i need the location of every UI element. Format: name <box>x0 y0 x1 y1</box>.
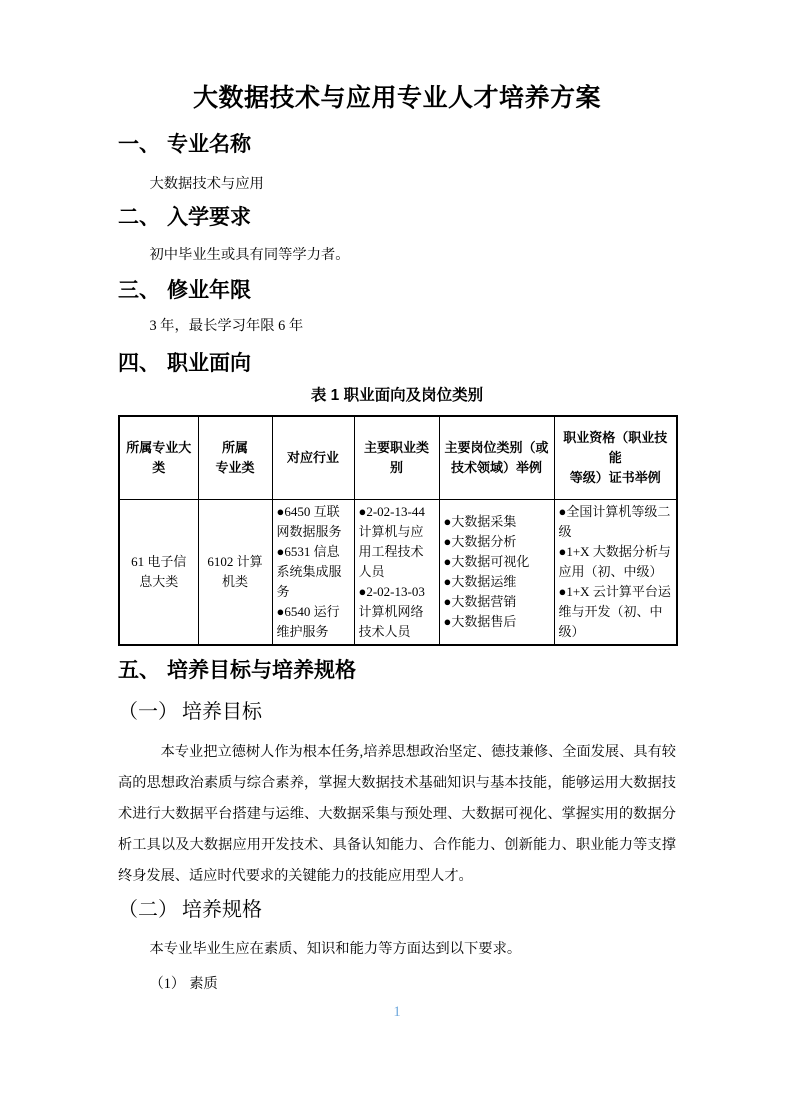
section-3-heading: 三、修业年限 <box>118 276 676 306</box>
column-header-major-class: 所属专业大 类 <box>119 416 198 499</box>
section-1-title: 专业名称 <box>167 133 251 156</box>
section-5-number: 五、 <box>118 659 160 682</box>
subsection-1-title: 培养目标 <box>182 701 262 723</box>
quality-item-heading: （1）素质 <box>118 974 676 994</box>
section-4-title: 职业面向 <box>167 352 251 375</box>
column-header-position: 主要岗位类别（或 技术领域）举例 <box>439 416 554 499</box>
section-2-heading: 二、入学要求 <box>118 203 676 233</box>
column-header-industry: 对应行业 <box>272 416 354 499</box>
cell-industries: ●6450 互联网数据服务 ●6531 信息系统集成服务 ●6540 运行维护服… <box>272 499 354 645</box>
major-name-text: 大数据技术与应用 <box>118 174 676 194</box>
subsection-2-heading: （二）培养规格 <box>118 896 676 924</box>
subsection-1-number: （一） <box>118 701 178 723</box>
cell-class: 6102 计算 机类 <box>198 499 272 645</box>
page-number: 1 <box>0 1003 794 1021</box>
document-page: 大数据技术与应用专业人才培养方案 一、专业名称 大数据技术与应用 二、入学要求 … <box>0 0 794 1108</box>
section-5-heading: 五、培养目标与培养规格 <box>118 656 676 686</box>
section-4-heading: 四、职业面向 <box>118 349 676 379</box>
section-2-title: 入学要求 <box>167 206 251 229</box>
section-1-heading: 一、专业名称 <box>118 130 676 160</box>
column-header-class: 所属 专业类 <box>198 416 272 499</box>
training-spec-intro-text: 本专业毕业生应在素质、知识和能力等方面达到以下要求。 <box>118 939 676 959</box>
column-header-occupation: 主要职业类 别 <box>354 416 439 499</box>
table-data-row: 61 电子信 息大类 6102 计算 机类 ●6450 互联网数据服务 ●653… <box>119 499 677 645</box>
subsection-2-title: 培养规格 <box>182 899 262 921</box>
section-1-number: 一、 <box>118 133 160 156</box>
study-years-text: 3 年，最长学习年限 6 年 <box>118 316 676 336</box>
cell-certificates: ●全国计算机等级二级 ●1+X 大数据分析与应用（初、中级） ●1+X 云计算平… <box>554 499 677 645</box>
doc-title: 大数据技术与应用专业人才培养方案 <box>118 0 676 114</box>
quality-item-number: （1） <box>149 976 185 992</box>
section-4-number: 四、 <box>118 352 160 375</box>
section-2-number: 二、 <box>118 206 160 229</box>
section-3-title: 修业年限 <box>167 279 251 302</box>
document-content: 大数据技术与应用专业人才培养方案 一、专业名称 大数据技术与应用 二、入学要求 … <box>0 0 794 994</box>
subsection-2-number: （二） <box>118 899 178 921</box>
cell-occupations: ●2-02-13-44 计算机与应用工程技术人员 ●2-02-13-03 计算机… <box>354 499 439 645</box>
column-header-certificate: 职业资格（职业技能 等级）证书举例 <box>554 416 677 499</box>
section-5-title: 培养目标与培养规格 <box>167 659 356 682</box>
admission-requirement-text: 初中毕业生或具有同等学力者。 <box>118 245 676 265</box>
section-3-number: 三、 <box>118 279 160 302</box>
table-header-row: 所属专业大 类 所属 专业类 对应行业 主要职业类 别 主要岗位类别（或 技术领… <box>119 416 677 499</box>
subsection-1-heading: （一）培养目标 <box>118 698 676 726</box>
cell-major-class: 61 电子信 息大类 <box>119 499 198 645</box>
career-orientation-table: 所属专业大 类 所属 专业类 对应行业 主要职业类 别 主要岗位类别（或 技术领… <box>118 415 678 646</box>
quality-item-title: 素质 <box>189 976 218 992</box>
training-objective-paragraph: 本专业把立德树人作为根本任务,培养思想政治坚定、德技兼修、全面发展、具有较高的思… <box>118 737 676 892</box>
table-caption: 表 1 职业面向及岗位类别 <box>118 386 676 406</box>
cell-positions: ●大数据采集 ●大数据分析 ●大数据可视化 ●大数据运维 ●大数据营销 ●大数据… <box>439 499 554 645</box>
